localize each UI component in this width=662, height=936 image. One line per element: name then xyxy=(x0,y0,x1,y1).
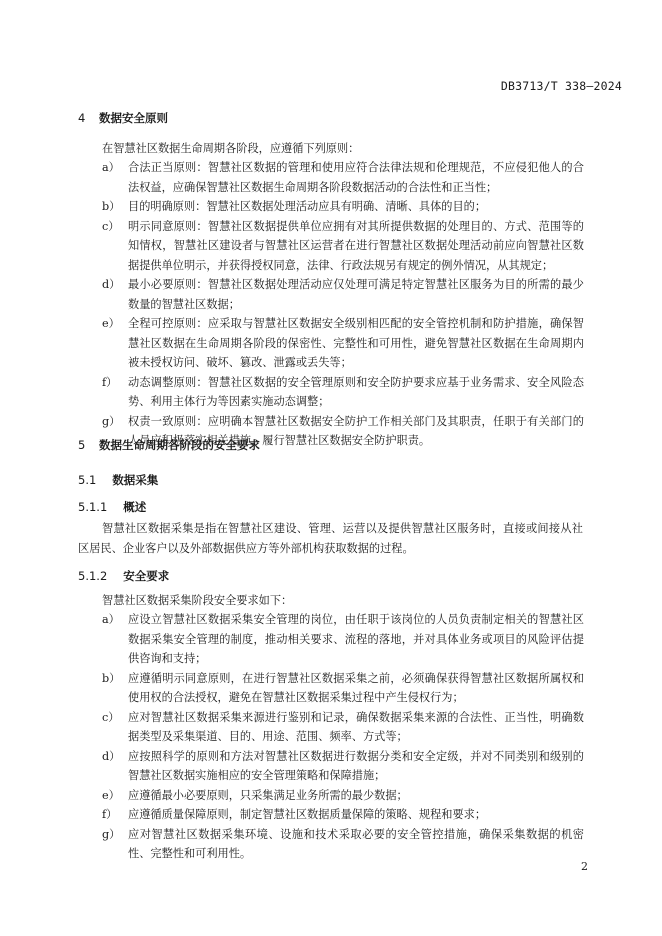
list-item: b）目的明确原则：智慧社区数据处理活动应具有明确、清晰、具体的目的； xyxy=(102,197,584,217)
list-marker: f） xyxy=(102,373,128,412)
list-text: 动态调整原则：智慧社区数据的安全管理原则和安全防护要求应基于业务需求、安全风险态… xyxy=(128,373,584,412)
section-title: 数据生命周期各阶段的安全要求 xyxy=(99,438,260,452)
list-item: g）应对智慧社区数据采集环境、设施和技术采取必要的安全管控措施，确保采集数据的机… xyxy=(102,825,584,864)
list-marker: f） xyxy=(102,805,128,825)
list-item: d）应按照科学的原则和方法对智慧社区数据进行数据分类和安全定级，并对不同类别和级… xyxy=(102,747,584,786)
list-marker: b） xyxy=(102,669,128,708)
section-5-1-1-heading: 5.1.1 概述 xyxy=(78,499,146,515)
list-item: a）合法正当原则：智慧社区数据的管理和使用应符合法律法规和伦理规范，不应侵犯他人… xyxy=(102,158,584,197)
list-text: 全程可控原则：应采取与智慧社区数据安全级别相匹配的安全管控机制和防护措施，确保智… xyxy=(128,314,584,373)
principles-list: a）合法正当原则：智慧社区数据的管理和使用应符合法律法规和伦理规范，不应侵犯他人… xyxy=(102,158,584,451)
requirements-list: a）应设立智慧社区数据采集安全管理的岗位，由任职于该岗位的人员负责制定相关的智慧… xyxy=(102,610,584,864)
list-item: d）最小必要原则：智慧社区数据处理活动应仅处理可满足特定智慧社区服务为目的所需的… xyxy=(102,275,584,314)
list-marker: g） xyxy=(102,825,128,864)
list-marker: d） xyxy=(102,275,128,314)
section-5-1-2-heading: 5.1.2 安全要求 xyxy=(78,568,169,584)
list-item: e）应遵循最小必要原则，只采集满足业务所需的最少数据； xyxy=(102,786,584,806)
list-text: 应对智慧社区数据采集来源进行鉴别和记录，确保数据采集来源的合法性、正当性，明确数… xyxy=(128,708,584,747)
list-text: 应设立智慧社区数据采集安全管理的岗位，由任职于该岗位的人员负责制定相关的智慧社区… xyxy=(128,610,584,669)
list-marker: e） xyxy=(102,314,128,373)
page-number: 2 xyxy=(581,860,588,873)
section-5-1-2-intro: 智慧社区数据采集阶段安全要求如下： xyxy=(102,592,292,608)
list-text: 明示同意原则：智慧社区数据提供单位应拥有对其所提供数据的处理目的、方式、范围等的… xyxy=(128,217,584,276)
list-marker: d） xyxy=(102,747,128,786)
list-text: 应遵循质量保障原则，制定智慧社区数据质量保障的策略、规程和要求； xyxy=(128,805,584,825)
list-marker: b） xyxy=(102,197,128,217)
section-number: 5.1.1 xyxy=(78,500,107,514)
list-marker: e） xyxy=(102,786,128,806)
section-number: 5.1.2 xyxy=(78,569,107,583)
list-item: a）应设立智慧社区数据采集安全管理的岗位，由任职于该岗位的人员负责制定相关的智慧… xyxy=(102,610,584,669)
section-title: 数据采集 xyxy=(112,473,158,487)
overview-paragraph: 智慧社区数据采集是指在智慧社区建设、管理、运营以及提供智慧社区服务时，直接或间接… xyxy=(78,519,583,558)
section-number: 5 xyxy=(78,438,95,452)
section-4-intro: 在智慧社区数据生命周期各阶段，应遵循下列原则： xyxy=(102,140,359,156)
section-5-1-heading: 5.1 数据采集 xyxy=(78,472,158,488)
list-marker: a） xyxy=(102,158,128,197)
list-text: 目的明确原则：智慧社区数据处理活动应具有明确、清晰、具体的目的； xyxy=(128,197,584,217)
list-marker: a） xyxy=(102,610,128,669)
section-title: 概述 xyxy=(123,500,146,514)
list-item: c）应对智慧社区数据采集来源进行鉴别和记录，确保数据采集来源的合法性、正当性，明… xyxy=(102,708,584,747)
list-item: b）应遵循明示同意原则，在进行智慧社区数据采集之前，必须确保获得智慧社区数据所属… xyxy=(102,669,584,708)
section-4-heading: 4 数据安全原则 xyxy=(78,110,168,126)
list-text: 应按照科学的原则和方法对智慧社区数据进行数据分类和安全定级，并对不同类别和级别的… xyxy=(128,747,584,786)
section-title: 数据安全原则 xyxy=(99,111,168,125)
list-text: 应遵循明示同意原则，在进行智慧社区数据采集之前，必须确保获得智慧社区数据所属权和… xyxy=(128,669,584,708)
list-text: 最小必要原则：智慧社区数据处理活动应仅处理可满足特定智慧社区服务为目的所需的最少… xyxy=(128,275,584,314)
list-text: 应遵循最小必要原则，只采集满足业务所需的最少数据； xyxy=(128,786,584,806)
list-item: c）明示同意原则：智慧社区数据提供单位应拥有对其所提供数据的处理目的、方式、范围… xyxy=(102,217,584,276)
section-number: 4 xyxy=(78,111,95,125)
list-marker: c） xyxy=(102,708,128,747)
list-text: 合法正当原则：智慧社区数据的管理和使用应符合法律法规和伦理规范，不应侵犯他人的合… xyxy=(128,158,584,197)
list-item: f）应遵循质量保障原则，制定智慧社区数据质量保障的策略、规程和要求； xyxy=(102,805,584,825)
list-item: e）全程可控原则：应采取与智慧社区数据安全级别相匹配的安全管控机制和防护措施，确… xyxy=(102,314,584,373)
list-text: 应对智慧社区数据采集环境、设施和技术采取必要的安全管控措施，确保采集数据的机密性… xyxy=(128,825,584,864)
section-title: 安全要求 xyxy=(123,569,169,583)
section-number: 5.1 xyxy=(78,473,96,487)
list-marker: c） xyxy=(102,217,128,276)
section-5-heading: 5 数据生命周期各阶段的安全要求 xyxy=(78,437,260,453)
document-code: DB3713/T 338—2024 xyxy=(501,79,622,93)
list-item: f）动态调整原则：智慧社区数据的安全管理原则和安全防护要求应基于业务需求、安全风… xyxy=(102,373,584,412)
